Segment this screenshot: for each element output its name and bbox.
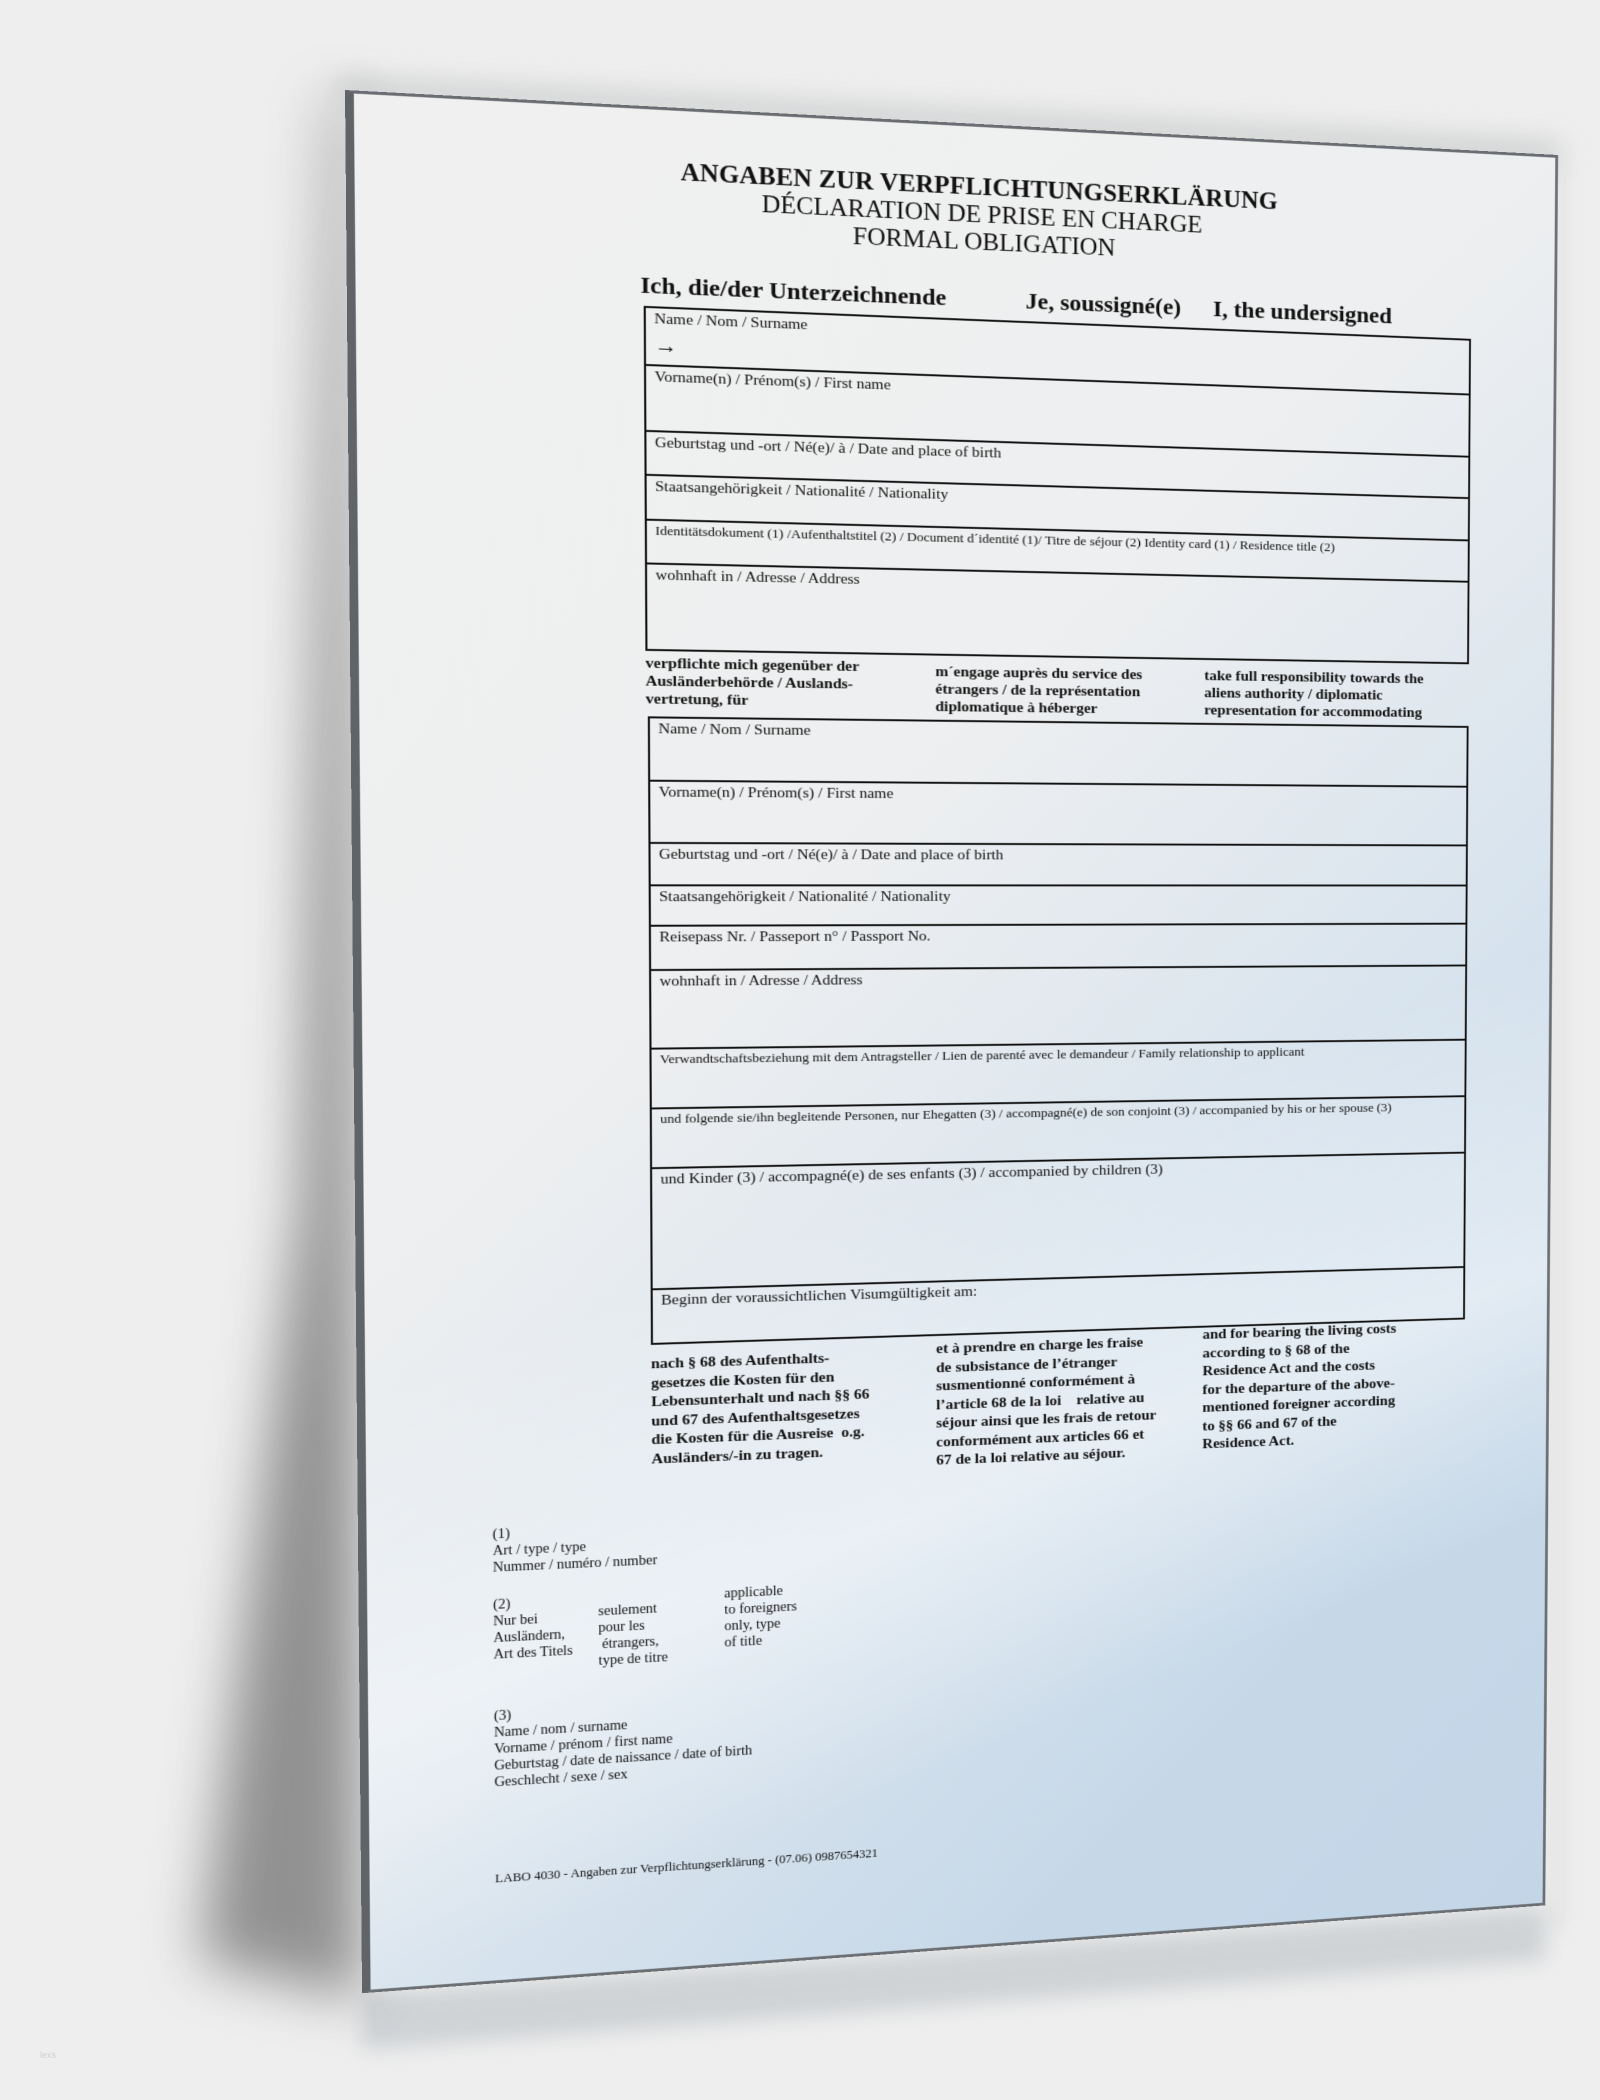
costs-english: and for bearing the living costs accordi… <box>1202 1320 1396 1454</box>
commitment-french: m´engage auprès du service des étrangers… <box>935 663 1142 718</box>
document-page: ANGABEN ZUR VERPFLICHTUNGSERKLÄRUNG DÉCL… <box>345 90 1558 1993</box>
footnote-2-english: applicable to foreigners only, type of t… <box>724 1583 797 1652</box>
guarantor-field-row[interactable]: wohnhaft in / Adresse / Address <box>647 562 1468 664</box>
field-label: Vorname(n) / Prénom(s) / First name <box>655 368 891 394</box>
guest-form: Name / Nom / SurnameVorname(n) / Prénom(… <box>648 716 1469 1345</box>
undersigned-french: Je, soussigné(e) <box>1026 289 1182 322</box>
guarantor-form: Name / Nom / Surname→Vorname(n) / Prénom… <box>644 306 1471 664</box>
footnote-2-german: Nur bei Ausländern, Art des Titels <box>493 1610 573 1664</box>
field-label: Verwandtschaftsbeziehung mit dem Antrags… <box>660 1044 1304 1067</box>
field-label: Name / Nom / Surname <box>658 720 810 739</box>
arrow-right-icon: → <box>654 332 677 359</box>
footnote-1: (1) Art / type / type Nummer / numéro / … <box>493 1520 658 1577</box>
field-label: Beginn der voraussichtlichen Visumgültig… <box>661 1283 977 1309</box>
field-label: und Kinder (3) / accompagné(e) de ses en… <box>660 1161 1162 1188</box>
field-label: Name / Nom / Surname <box>654 310 807 334</box>
guest-field-row[interactable]: Name / Nom / Surname <box>650 718 1467 785</box>
field-label: Reisepass Nr. / Passeport n° / Passport … <box>659 928 930 946</box>
commitment-english: take full responsibility towards the ali… <box>1204 668 1423 722</box>
field-label: Staatsangehörigkeit / Nationalité / Nati… <box>655 478 948 504</box>
field-label: wohnhaft in / Adresse / Address <box>660 972 863 991</box>
document-footer: LABO 4030 - Angaben zur Verpflichtungser… <box>495 1846 878 1886</box>
guest-field-row[interactable]: Staatsangehörigkeit / Nationalité / Nati… <box>651 884 1466 926</box>
undersigned-german: Ich, die/der Unterzeichnende <box>640 273 946 312</box>
field-label: Vorname(n) / Prénom(s) / First name <box>659 784 894 803</box>
guest-field-row[interactable]: Vorname(n) / Prénom(s) / First name <box>650 780 1466 847</box>
costs-french: et à prendre en charge les fraise de sub… <box>936 1333 1156 1470</box>
field-label: wohnhaft in / Adresse / Address <box>655 567 859 589</box>
footnote-2-french: seulement pour les étrangers, type de ti… <box>598 1600 668 1669</box>
footnote-2-marker: (2) <box>493 1596 510 1613</box>
watermark: lexs <box>40 2050 56 2060</box>
guest-field-row[interactable]: wohnhaft in / Adresse / Address <box>651 965 1465 1050</box>
commitment-german: verpflichte mich gegenüber der Ausländer… <box>645 655 859 711</box>
field-label: Geburtstag und -ort / Né(e)/ à / Date an… <box>659 846 1004 864</box>
field-label: Staatsangehörigkeit / Nationalité / Nati… <box>659 888 951 906</box>
undersigned-english: I, the undersigned <box>1213 297 1392 330</box>
costs-german: nach § 68 des Aufenthalts- gesetzes die … <box>651 1348 870 1469</box>
guest-field-row[interactable]: Reisepass Nr. / Passeport n° / Passport … <box>651 923 1466 971</box>
guest-field-row[interactable]: Geburtstag und -ort / Né(e)/ à / Date an… <box>651 842 1466 886</box>
footnote-3: (3) Name / nom / surname Vorname / préno… <box>494 1694 752 1791</box>
